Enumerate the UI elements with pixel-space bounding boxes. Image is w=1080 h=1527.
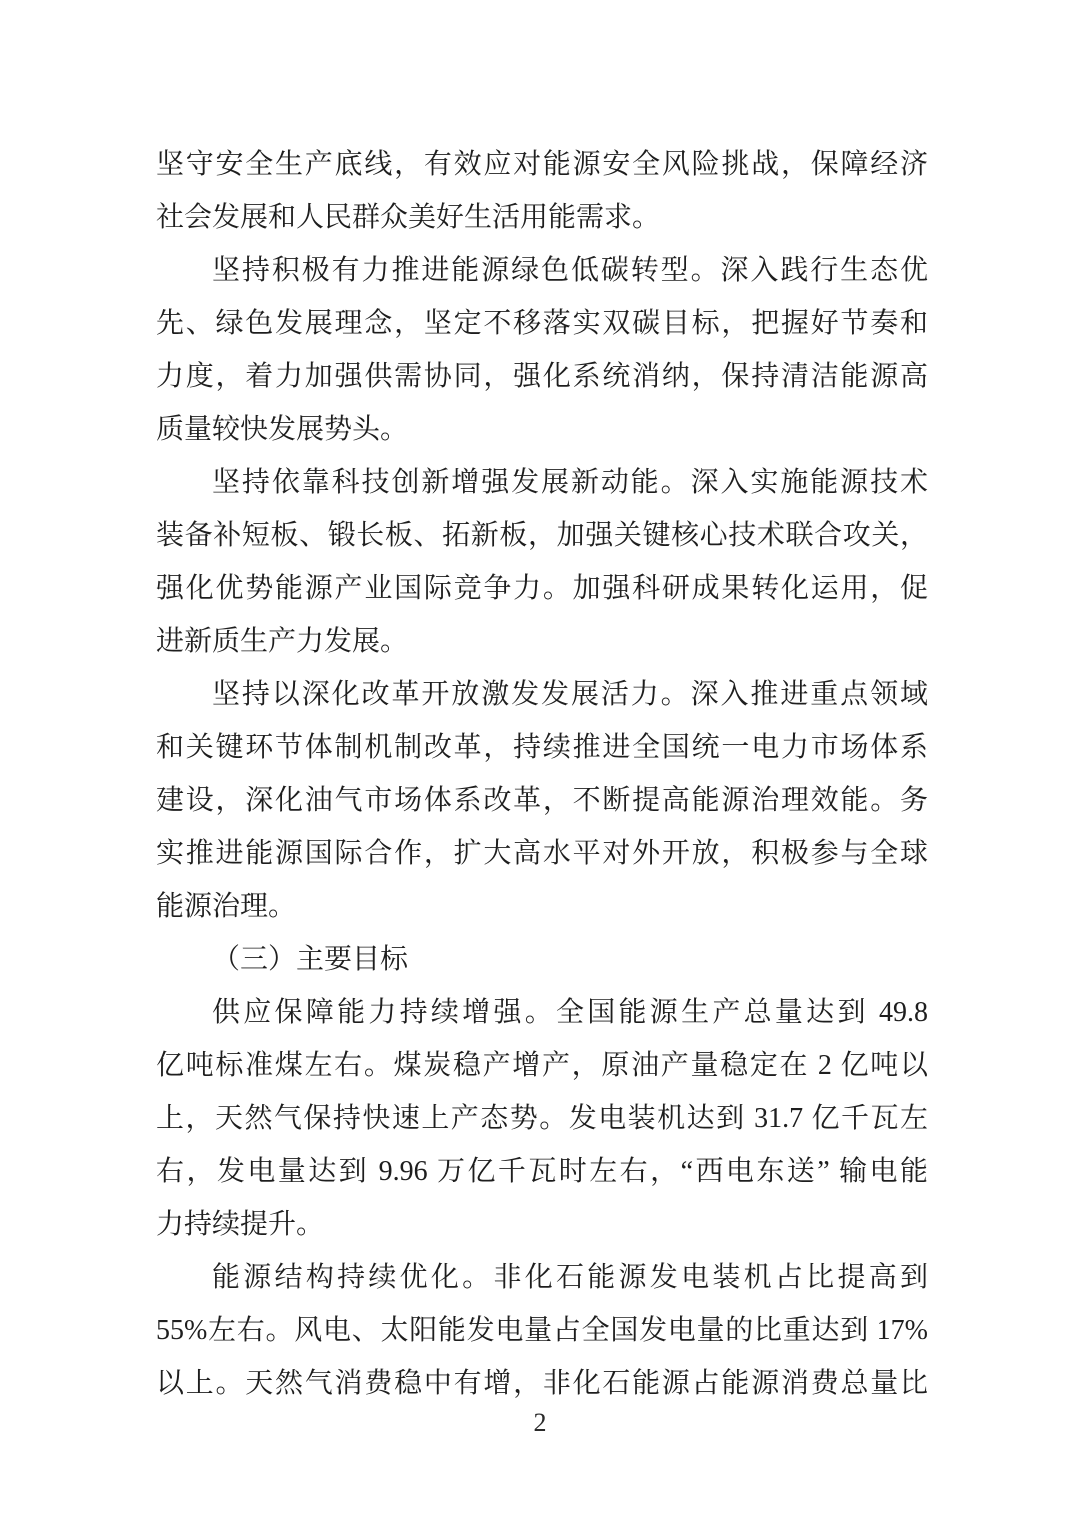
section-heading-paragraph: （三）主要目标 xyxy=(156,933,928,986)
text-line: 装备补短板、锻长板、拓新板，加强关键核心技术联合攻关， xyxy=(156,509,928,562)
paragraph: 坚持依靠科技创新增强发展新动能。深入实施能源技术装备补短板、锻长板、拓新板，加强… xyxy=(156,456,928,668)
text-line: 坚持积极有力推进能源绿色低碳转型。深入践行生态优 xyxy=(156,244,928,297)
text-line: 坚持以深化改革开放激发发展活力。深入推进重点领域 xyxy=(156,668,928,721)
text-line: 亿吨标准煤左右。煤炭稳产增产，原油产量稳定在 2 亿吨以 xyxy=(156,1039,928,1092)
text-line: 坚持依靠科技创新增强发展新动能。深入实施能源技术 xyxy=(156,456,928,509)
text-line: 先、绿色发展理念，坚定不移落实双碳目标，把握好节奏和 xyxy=(156,297,928,350)
text-line: 实推进能源国际合作，扩大高水平对外开放，积极参与全球 xyxy=(156,827,928,880)
text-line: 力持续提升。 xyxy=(156,1198,928,1251)
section-heading: （三）主要目标 xyxy=(156,933,928,986)
paragraph: 供应保障能力持续增强。全国能源生产总量达到 49.8亿吨标准煤左右。煤炭稳产增产… xyxy=(156,986,928,1251)
text-line: 右，发电量达到 9.96 万亿千瓦时左右，“西电东送” 输电能 xyxy=(156,1145,928,1198)
text-line: 建设，深化油气市场体系改革，不断提高能源治理效能。务 xyxy=(156,774,928,827)
text-line: 质量较快发展势头。 xyxy=(156,403,928,456)
text-line: 进新质生产力发展。 xyxy=(156,615,928,668)
text-line: 能源治理。 xyxy=(156,880,928,933)
paragraph: 能源结构持续优化。非化石能源发电装机占比提高到55%左右。风电、太阳能发电量占全… xyxy=(156,1251,928,1410)
text-line: 和关键环节体制机制改革，持续推进全国统一电力市场体系 xyxy=(156,721,928,774)
paragraph: 坚守安全生产底线，有效应对能源安全风险挑战，保障经济社会发展和人民群众美好生活用… xyxy=(156,138,928,244)
document-body: 坚守安全生产底线，有效应对能源安全风险挑战，保障经济社会发展和人民群众美好生活用… xyxy=(156,138,928,1410)
text-line: 上，天然气保持快速上产态势。发电装机达到 31.7 亿千瓦左 xyxy=(156,1092,928,1145)
paragraph: 坚持以深化改革开放激发发展活力。深入推进重点领域和关键环节体制机制改革，持续推进… xyxy=(156,668,928,933)
text-line: 55%左右。风电、太阳能发电量占全国发电量的比重达到 17% xyxy=(156,1304,928,1357)
text-line: 强化优势能源产业国际竞争力。加强科研成果转化运用，促 xyxy=(156,562,928,615)
text-line: 能源结构持续优化。非化石能源发电装机占比提高到 xyxy=(156,1251,928,1304)
page-number: 2 xyxy=(0,1402,1080,1444)
text-line: 社会发展和人民群众美好生活用能需求。 xyxy=(156,191,928,244)
text-line: 力度，着力加强供需协同，强化系统消纳，保持清洁能源高 xyxy=(156,350,928,403)
text-line: 供应保障能力持续增强。全国能源生产总量达到 49.8 xyxy=(156,986,928,1039)
document-page: 坚守安全生产底线，有效应对能源安全风险挑战，保障经济社会发展和人民群众美好生活用… xyxy=(0,0,1080,1527)
text-line: 坚守安全生产底线，有效应对能源安全风险挑战，保障经济 xyxy=(156,138,928,191)
paragraph: 坚持积极有力推进能源绿色低碳转型。深入践行生态优先、绿色发展理念，坚定不移落实双… xyxy=(156,244,928,456)
